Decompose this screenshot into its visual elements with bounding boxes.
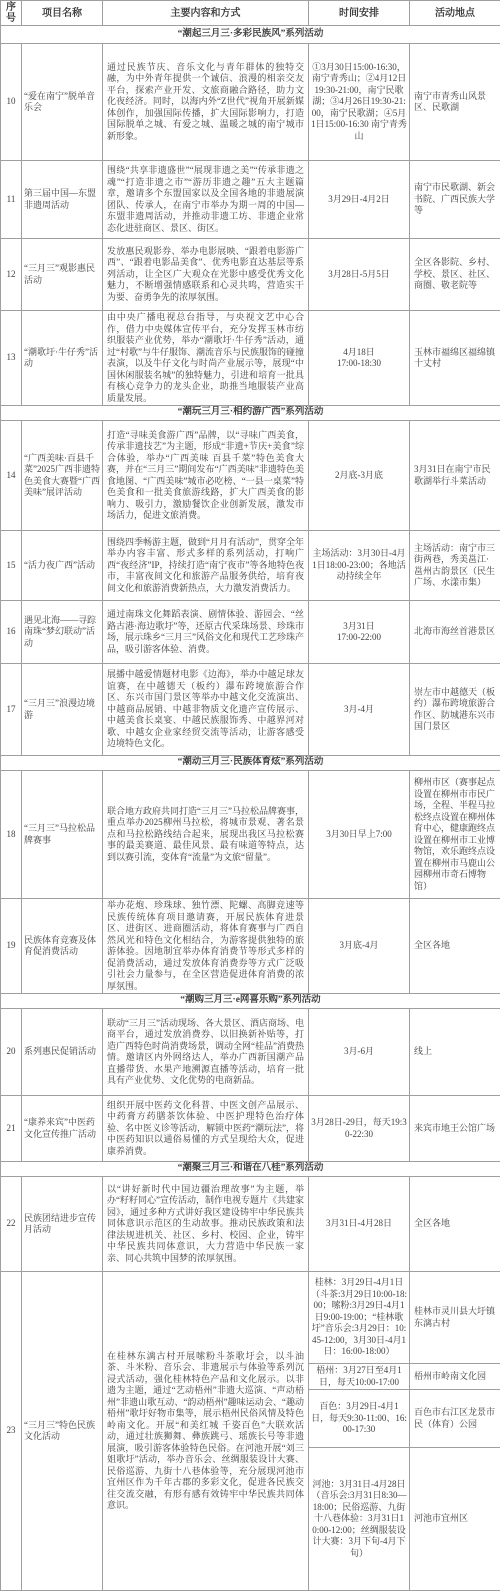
section-title: “潮起三月三·多彩民族风”系列活动 bbox=[1, 26, 500, 44]
cell-name: 民族体育竞赛及体育促消费活动 bbox=[22, 899, 103, 994]
cell-index: 14 bbox=[1, 421, 22, 531]
cell-content: 在桂林东漓古村开展嗦粉斗茶歌圩会，以斗油茶、斗米粉、音乐会、非遗展示与体验等系列… bbox=[103, 1272, 309, 1591]
column-header-index: 序 号 bbox=[1, 1, 22, 26]
column-header-location: 活动地点 bbox=[410, 1, 500, 26]
table-row: 11第三届中国—东盟非遗周活动围绕“共享非遗盛世”“展现非遗之美”“传承非遗之魂… bbox=[1, 161, 500, 239]
cell-content: 联动“三月三”活动现场、各大景区、酒店商场、电商平台，通过发放消费券、以旧换新补… bbox=[103, 1009, 309, 1096]
cell-time: 3月30日早上7:00 bbox=[309, 771, 410, 899]
table-header-row: 序 号 项目名称 主要内容和方式 时间安排 活动地点 bbox=[1, 1, 500, 26]
cell-time: 4月18日 17:00-18:30 bbox=[309, 311, 410, 406]
cell-content: 打造“寻味美食游广西”品牌，以“寻味广西美食，传承非遗技艺”为主题，形成“非遗+… bbox=[103, 421, 309, 531]
cell-index: 17 bbox=[1, 664, 22, 756]
cell-index: 18 bbox=[1, 771, 22, 899]
cell-location: 全区各地 bbox=[410, 899, 500, 994]
cell-name: 第三届中国—东盟非遗周活动 bbox=[22, 161, 103, 239]
table-row: 18“三月三”马拉松品牌赛事联合地方政府共同打造“三月三”马拉松品牌赛事，重点举… bbox=[1, 771, 500, 899]
cell-name: “活力夜广西”活动 bbox=[22, 531, 103, 601]
cell-time: 百色：3月29日-4月1日，每天9:30-11:00、16:00-17:30 bbox=[309, 1390, 410, 1448]
section-title: “潮聚三月三·和谐在八桂”系列活动 bbox=[1, 1162, 500, 1177]
cell-content: 通过民族节庆、音乐文化与青年群体的独特交融，为中外青年提供一个诚信、浪漫的相亲交… bbox=[103, 44, 309, 161]
cell-time: 主场活动：3月30日-4月1日18:00-23:00；各地活动持续全年 bbox=[309, 531, 410, 601]
cell-location: 来宾市地王公馆广场 bbox=[410, 1096, 500, 1162]
cell-time: 3月28日-5月5日 bbox=[309, 239, 410, 311]
cell-index: 13 bbox=[1, 311, 22, 406]
section-header-row: “潮玩三月三·相约游广西”系列活动 bbox=[1, 406, 500, 421]
cell-time: 河池：3月31日-4月28日（音乐会:3月31日8:30—18:00；民俗巡游、… bbox=[309, 1448, 410, 1591]
cell-name: “三月三”特色民族文化活动 bbox=[22, 1272, 103, 1591]
activity-schedule-document: 序 号 项目名称 主要内容和方式 时间安排 活动地点 “潮起三月三·多彩民族风”… bbox=[0, 0, 500, 1591]
cell-content: 由中央广播电视总台指导，与央视文艺中心合作，借力中央媒体宣传平台，充分发挥玉林市… bbox=[103, 311, 309, 406]
cell-content: 组织开展中医药文化科普、中医文创产品展示、中药膏方药膳茶饮体验、中医护理特色治疗… bbox=[103, 1096, 309, 1162]
cell-index: 20 bbox=[1, 1009, 22, 1096]
section-header-row: “潮动三月三·民族体育炫”系列活动 bbox=[1, 756, 500, 771]
cell-name: “三月三”马拉松品牌赛事 bbox=[22, 771, 103, 899]
cell-index: 23 bbox=[1, 1272, 22, 1591]
cell-index: 19 bbox=[1, 899, 22, 994]
cell-location: 桂林市灵川县大圩镇东漓古村 bbox=[410, 1272, 500, 1364]
table-row: 23“三月三”特色民族文化活动在桂林东漓古村开展嗦粉斗茶歌圩会，以斗油茶、斗米粉… bbox=[1, 1272, 500, 1364]
cell-time: 3月28日-29日，每天19:30-22:30 bbox=[309, 1096, 410, 1162]
cell-name: 遇见北海——寻踪南珠“梦幻联动”活动 bbox=[22, 601, 103, 664]
cell-content: 展播中越爱情题材电影《边海》，举办中越足球友谊赛，在中越德天（板约）瀑布跨境旅游… bbox=[103, 664, 309, 756]
cell-location: 柳州市区（赛事起点设置在柳州市市民广场，全程、半程马拉松终点设置在柳州体育中心，… bbox=[410, 771, 500, 899]
cell-time: 3月-6月 bbox=[309, 1009, 410, 1096]
table-row: 14“广西美味·百县千菜”2025广西非遗特色美食大赛暨“广西美味”展评活动打造… bbox=[1, 421, 500, 531]
cell-location: 崇左市中越德天（板约）瀑布跨境旅游合作区、防城港东兴市国门景区 bbox=[410, 664, 500, 756]
cell-time: 3月底-4月 bbox=[309, 899, 410, 994]
cell-content: 围绕四季畅游主题，做到“月月有活动”，贯穿全年举办内容丰富、形式多样的系列活动，… bbox=[103, 531, 309, 601]
cell-time: 3月29日-4月2日 bbox=[309, 161, 410, 239]
table-row: 15“活力夜广西”活动围绕四季畅游主题，做到“月月有活动”，贯穿全年举办内容丰富… bbox=[1, 531, 500, 601]
table-row: 10“爱在南宁”脱单音乐会通过民族节庆、音乐文化与青年群体的独特交融，为中外青年… bbox=[1, 44, 500, 161]
events-table-body: “潮起三月三·多彩民族风”系列活动10“爱在南宁”脱单音乐会通过民族节庆、音乐文… bbox=[1, 26, 500, 1591]
table-row: 13“潮歌圩·牛仔秀”活动由中央广播电视总台指导，与央视文艺中心合作，借力中央媒… bbox=[1, 311, 500, 406]
cell-name: “康养来宾”中医药文化宣传推广活动 bbox=[22, 1096, 103, 1162]
cell-name: “潮歌圩·牛仔秀”活动 bbox=[22, 311, 103, 406]
cell-content: 发放惠民观影券、举办电影展映、“跟着电影游广西”、“跟着电影品美食”、优秀电影直… bbox=[103, 239, 309, 311]
cell-time: ①3月30日15:00-16:30，南宁青秀山；②4月12日19:30-21:0… bbox=[309, 44, 410, 161]
cell-name: 民族团结进步宣传月活动 bbox=[22, 1177, 103, 1272]
events-table: 序 号 项目名称 主要内容和方式 时间安排 活动地点 “潮起三月三·多彩民族风”… bbox=[0, 0, 500, 1591]
cell-time: 3月-4月 bbox=[309, 664, 410, 756]
cell-content: 以“讲好新时代中国边疆治理故事”为主题，举办“籽籽同心”宣传活动，制作电视专题片… bbox=[103, 1177, 309, 1272]
section-title: “潮玩三月三·相约游广西”系列活动 bbox=[1, 406, 500, 421]
cell-index: 22 bbox=[1, 1177, 22, 1272]
cell-location: 梧州市岭南文化园 bbox=[410, 1364, 500, 1390]
cell-location: 南宁市青秀山风景区、民歌湖 bbox=[410, 44, 500, 161]
cell-name: 系列惠民促销活动 bbox=[22, 1009, 103, 1096]
cell-index: 16 bbox=[1, 601, 22, 664]
cell-name: “三月三”浪漫边境游 bbox=[22, 664, 103, 756]
table-row: 17“三月三”浪漫边境游展播中越爱情题材电影《边海》，举办中越足球友谊赛，在中越… bbox=[1, 664, 500, 756]
cell-name: “爱在南宁”脱单音乐会 bbox=[22, 44, 103, 161]
section-header-row: “潮聚三月三·和谐在八桂”系列活动 bbox=[1, 1162, 500, 1177]
cell-index: 12 bbox=[1, 239, 22, 311]
cell-location: 河池市宜州区 bbox=[410, 1448, 500, 1591]
cell-location: 南宁市民歌湖、新会书院、广西民族大学等 bbox=[410, 161, 500, 239]
column-header-name: 项目名称 bbox=[22, 1, 103, 26]
cell-location: 3月31日在南宁市民歌湖举行斗菜活动 bbox=[410, 421, 500, 531]
column-header-time: 时间安排 bbox=[309, 1, 410, 26]
cell-content: 举办花炮、珍珠球、独竹漂、陀螺、高脚竞速等民族传统体育项目邀请赛，开展民族体育进… bbox=[103, 899, 309, 994]
cell-time: 桂林：3月29日-4月1日（斗茶:3月29日10:00-18:00；嗦粉:3月2… bbox=[309, 1272, 410, 1364]
section-title: “潮购三月三·e网喜乐购”系列活动 bbox=[1, 994, 500, 1009]
cell-name: “三月三”观影惠民活动 bbox=[22, 239, 103, 311]
table-row: 16遇见北海——寻踪南珠“梦幻联动”活动通过南珠文化舞蹈表演、剧情体验、游园会、… bbox=[1, 601, 500, 664]
cell-time: 3月31日-4月28日 bbox=[309, 1177, 410, 1272]
cell-index: 21 bbox=[1, 1096, 22, 1162]
cell-index: 11 bbox=[1, 161, 22, 239]
cell-content: 围绕“共享非遗盛世”“展现非遗之美”“传承非遗之魂”“打造非遗之市”“游历非遗之… bbox=[103, 161, 309, 239]
table-row: 19民族体育竞赛及体育促消费活动举办花炮、珍珠球、独竹漂、陀螺、高脚竞速等民族传… bbox=[1, 899, 500, 994]
cell-location: 全区各地 bbox=[410, 1177, 500, 1272]
section-header-row: “潮起三月三·多彩民族风”系列活动 bbox=[1, 26, 500, 44]
section-title: “潮动三月三·民族体育炫”系列活动 bbox=[1, 756, 500, 771]
cell-location: 玉林市福绵区福绵镇十丈村 bbox=[410, 311, 500, 406]
cell-index: 15 bbox=[1, 531, 22, 601]
table-row: 22民族团结进步宣传月活动以“讲好新时代中国边疆治理故事”为主题，举办“籽籽同心… bbox=[1, 1177, 500, 1272]
cell-time: 2月底-3月底 bbox=[309, 421, 410, 531]
table-row: 12“三月三”观影惠民活动发放惠民观影券、举办电影展映、“跟着电影游广西”、“跟… bbox=[1, 239, 500, 311]
table-row: 20系列惠民促销活动联动“三月三”活动现场、各大景区、酒店商场、电商平台，通过发… bbox=[1, 1009, 500, 1096]
cell-location: 线上 bbox=[410, 1009, 500, 1096]
section-header-row: “潮购三月三·e网喜乐购”系列活动 bbox=[1, 994, 500, 1009]
cell-index: 10 bbox=[1, 44, 22, 161]
cell-content: 通过南珠文化舞蹈表演、剧情体验、游园会、“丝路古港·海边歌圩”等，还原古代采珠场… bbox=[103, 601, 309, 664]
table-row: 21“康养来宾”中医药文化宣传推广活动组织开展中医药文化科普、中医文创产品展示、… bbox=[1, 1096, 500, 1162]
cell-location: 北海市海丝首港景区 bbox=[410, 601, 500, 664]
cell-location: 百色市右江区龙景市民（体育）公园 bbox=[410, 1390, 500, 1448]
cell-location: 全区各影院、乡村、学校、景区、社区、商圈、敬老院等 bbox=[410, 239, 500, 311]
column-header-content: 主要内容和方式 bbox=[103, 1, 309, 26]
cell-content: 联合地方政府共同打造“三月三”马拉松品牌赛事，重点举办2025柳州马拉松，将城市… bbox=[103, 771, 309, 899]
cell-time: 梧州：3月27日至4月1日，每天10:00-17:00 bbox=[309, 1364, 410, 1390]
cell-name: “广西美味·百县千菜”2025广西非遗特色美食大赛暨“广西美味”展评活动 bbox=[22, 421, 103, 531]
cell-location: 主场活动：南宁市三街两巷，秀美邕江·邕州古韵景区（民生广场、水漾市集） bbox=[410, 531, 500, 601]
cell-time: 3月31日 17:00-22:00 bbox=[309, 601, 410, 664]
